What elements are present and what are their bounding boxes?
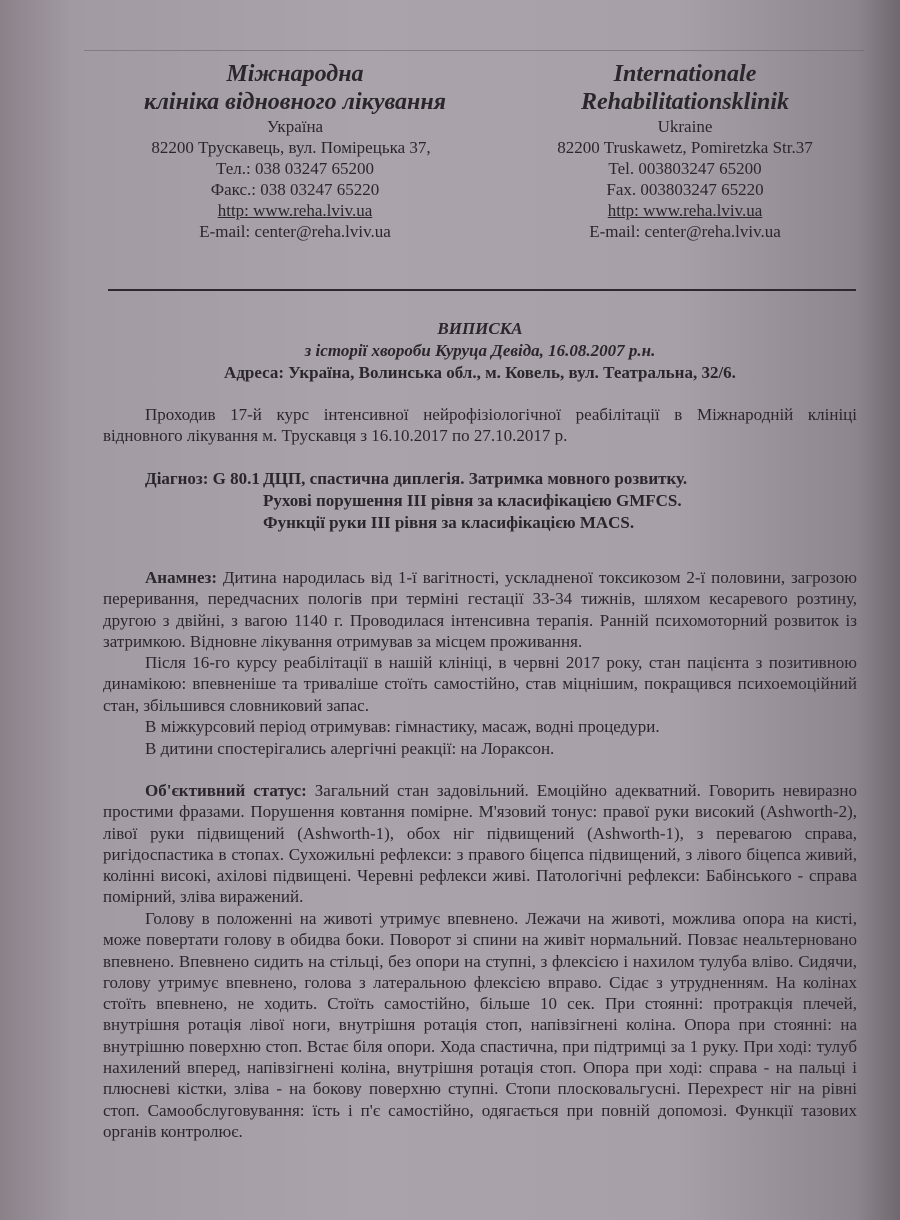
anamnesis-paragraph: Анамнез: Дитина народилась від 1-ї вагіт… [103, 567, 857, 652]
fax-de: Fax. 003803247 65220 [490, 179, 880, 200]
letterhead-german: Internationale Rehabilitationsklinik Ukr… [490, 60, 880, 242]
document-subtitle: з історії хвороби Куруца Девіда, 16.08.2… [100, 340, 860, 362]
tel-ua: Тел.: 038 03247 65200 [100, 158, 490, 179]
letterhead-divider [108, 289, 856, 291]
document-title-block: ВИПИСКА з історії хвороби Куруца Девіда,… [100, 318, 860, 384]
website-link-ua[interactable]: http: www.reha.lviv.ua [100, 200, 490, 221]
clinic-name-de-line2: Rehabilitationsklinik [490, 88, 880, 116]
diagnosis-line: Функції руки III рівня за класифікацією … [145, 512, 687, 534]
diagnosis-label: Діагноз: G 80.1 [145, 468, 263, 490]
fax-ua: Факс.: 038 03247 65220 [100, 179, 490, 200]
objective-status-label: Об'єктивний статус: [145, 781, 307, 800]
tel-de: Tel. 003803247 65200 [490, 158, 880, 179]
patient-address: Адреса: Україна, Волинська обл., м. Кове… [100, 362, 860, 384]
objective-status-paragraph: Об'єктивний статус: Загальний стан задов… [103, 780, 857, 908]
diagnosis-line: ДЦП, спастична диплегія. Затримка мовног… [263, 468, 687, 490]
diagnosis-line: Рухові порушення III рівня за класифікац… [145, 490, 687, 512]
address-ua: 82200 Трускавець, вул. Помірецька 37, [92, 137, 490, 158]
motor-function-paragraph: Голову в положенні на животі утримує впе… [103, 908, 857, 1142]
allergy-paragraph: В дитини спостерігались алергічні реакці… [103, 738, 857, 759]
clinic-name-de-line1: Internationale [490, 60, 880, 88]
country-ua: Україна [100, 116, 490, 137]
anamnesis-label: Анамнез: [145, 568, 217, 587]
clinic-name-ua-line2: клініка відновного лікування [100, 88, 490, 116]
clinic-name-ua-line1: Міжнародна [100, 60, 490, 88]
email-ua[interactable]: E-mail: center@reha.lviv.ua [100, 221, 490, 242]
intro-paragraph: Проходив 17-й курс інтенсивної нейрофізі… [103, 404, 857, 447]
website-link-de[interactable]: http: www.reha.lviv.ua [490, 200, 880, 221]
letterhead-ukrainian: Міжнародна клініка відновного лікування … [100, 60, 490, 242]
country-de: Ukraine [490, 116, 880, 137]
page-top-edge-line [84, 50, 864, 51]
address-de: 82200 Truskawetz, Pomiretzka Str.37 [490, 137, 880, 158]
document-title: ВИПИСКА [100, 318, 860, 340]
email-de[interactable]: E-mail: center@reha.lviv.ua [490, 221, 880, 242]
anamnesis-text: Дитина народилась від 1-ї вагітності, ус… [103, 568, 857, 651]
diagnosis-block: Діагноз: G 80.1 ДЦП, спастична диплегія.… [145, 468, 687, 534]
document-page: Міжнародна клініка відновного лікування … [0, 0, 900, 1220]
between-courses-paragraph: В міжкурсовий період отримував: гімнасти… [103, 716, 857, 737]
after-course-paragraph: Після 16-го курсу реабілітації в нашій к… [103, 652, 857, 716]
